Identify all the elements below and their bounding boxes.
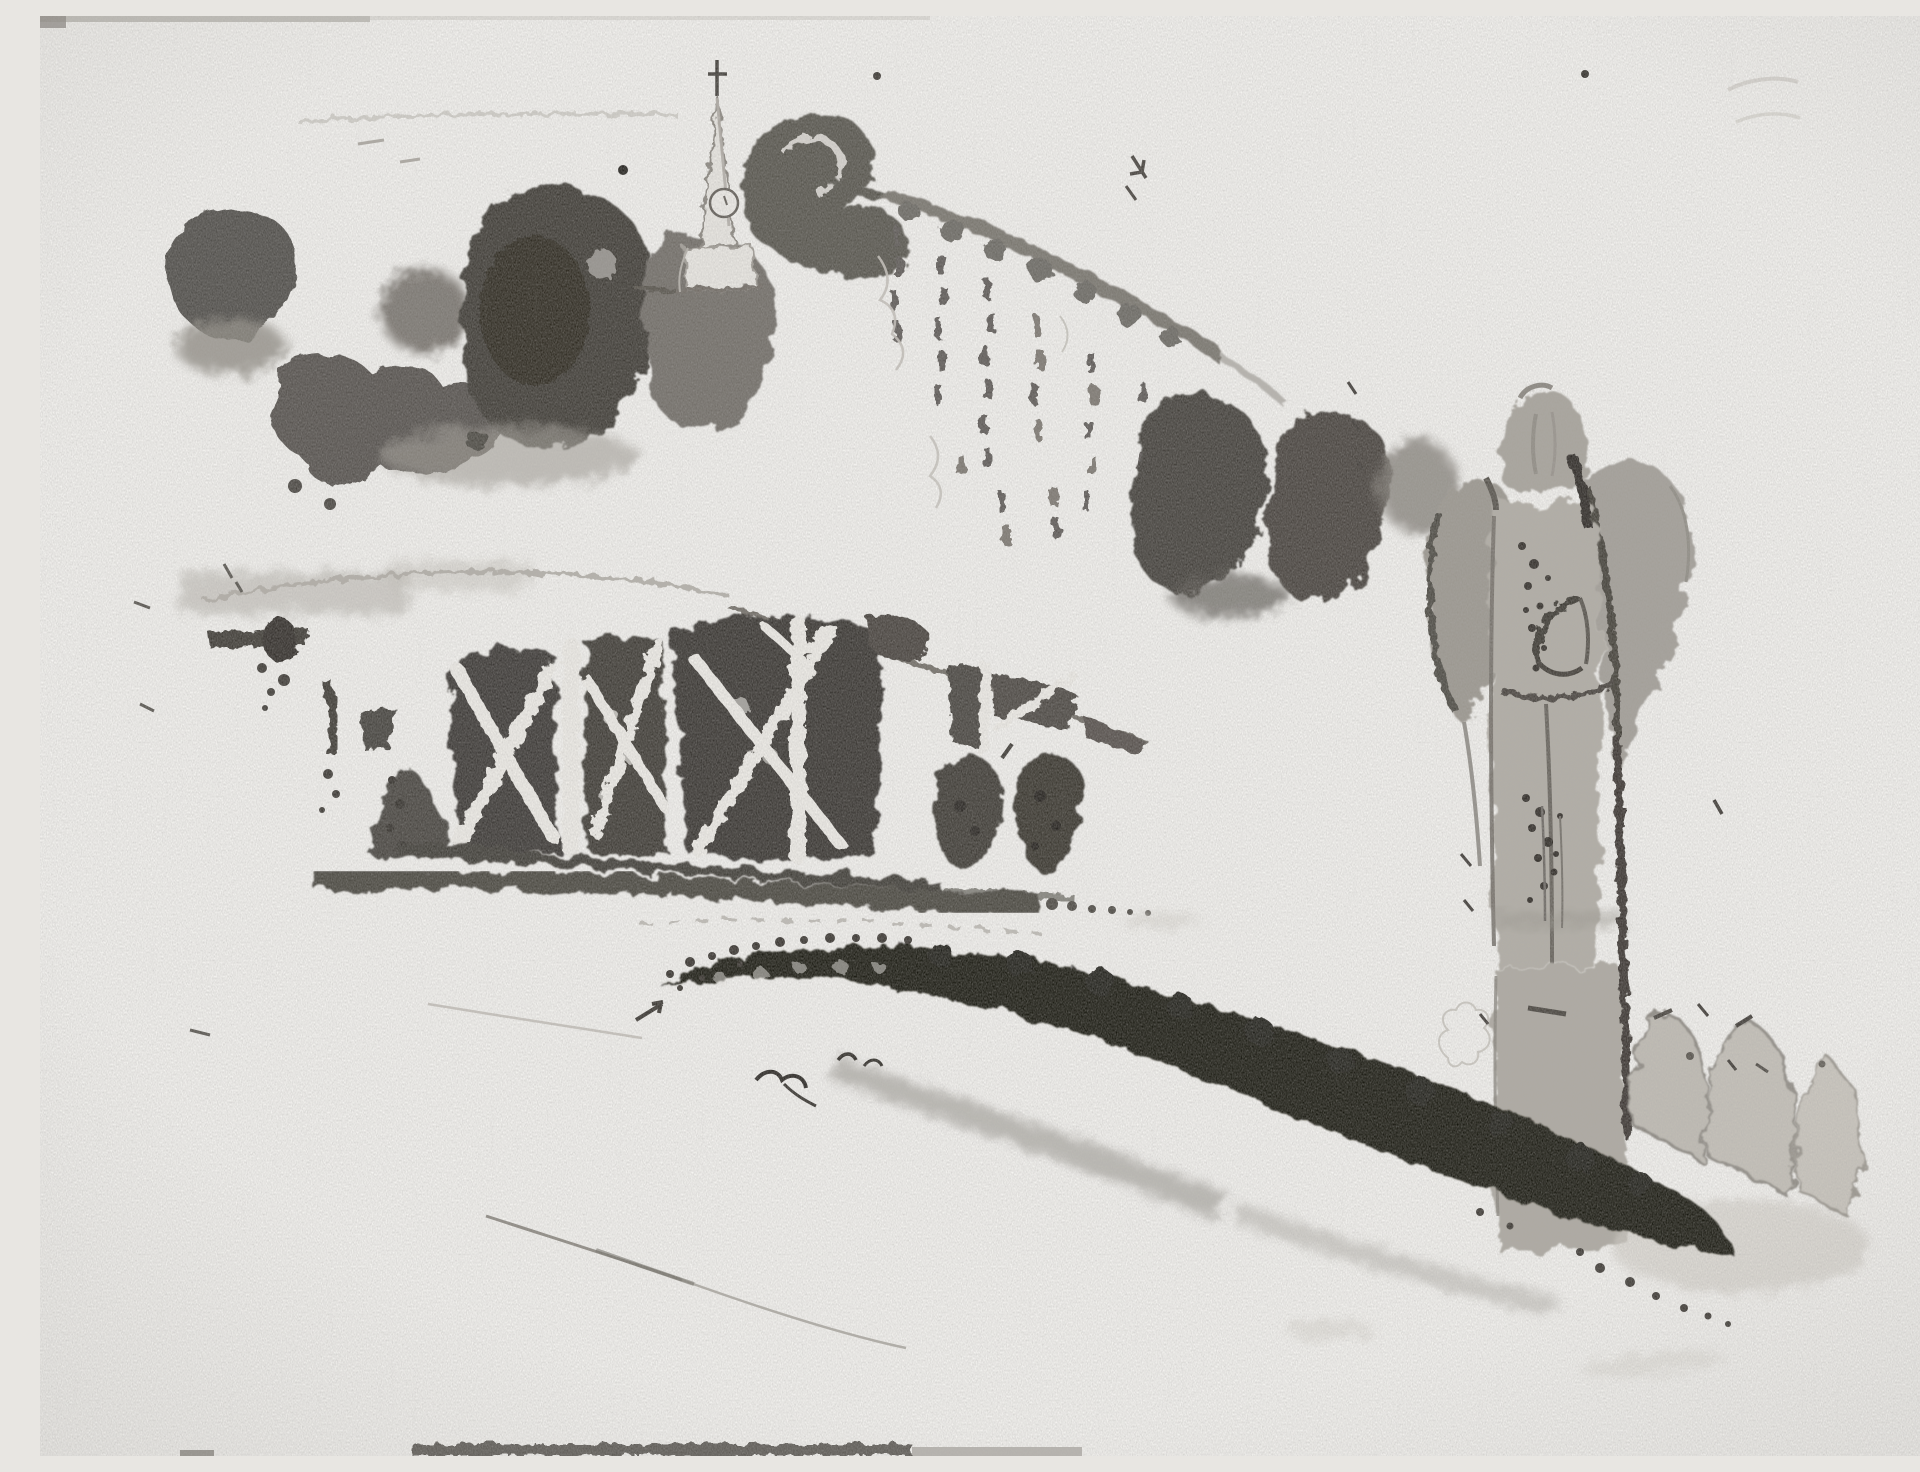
sketch-scan: Graphite pencil sketch on textured paper… — [40, 16, 1920, 1456]
vignette — [40, 16, 1920, 1456]
